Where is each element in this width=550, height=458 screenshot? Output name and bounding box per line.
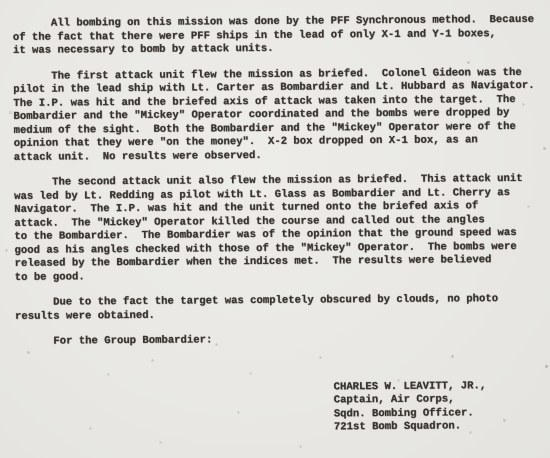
closing-line: For the Group Bombardier: (15, 332, 536, 350)
document-body: All bombing on this mission was done by … (0, 0, 539, 438)
paragraph-bombing-method: All bombing on this mission was done by … (13, 14, 535, 59)
paragraph-second-attack-unit: The second attack unit also flew the mis… (14, 173, 536, 285)
paragraph-first-attack-unit: The first attack unit flew the mission a… (13, 66, 535, 165)
signature-unit: 721st Bomb Squadron. (334, 420, 537, 435)
signature-block: CHARLES W. LEAVITT, JR., Captain, Air Co… (334, 379, 538, 435)
scanned-page: All bombing on this mission was done by … (0, 0, 550, 458)
text-line: it was necessary to bomb by attack units… (13, 41, 534, 59)
paragraph-no-photo-results: Due to the fact the target was completel… (15, 293, 537, 324)
